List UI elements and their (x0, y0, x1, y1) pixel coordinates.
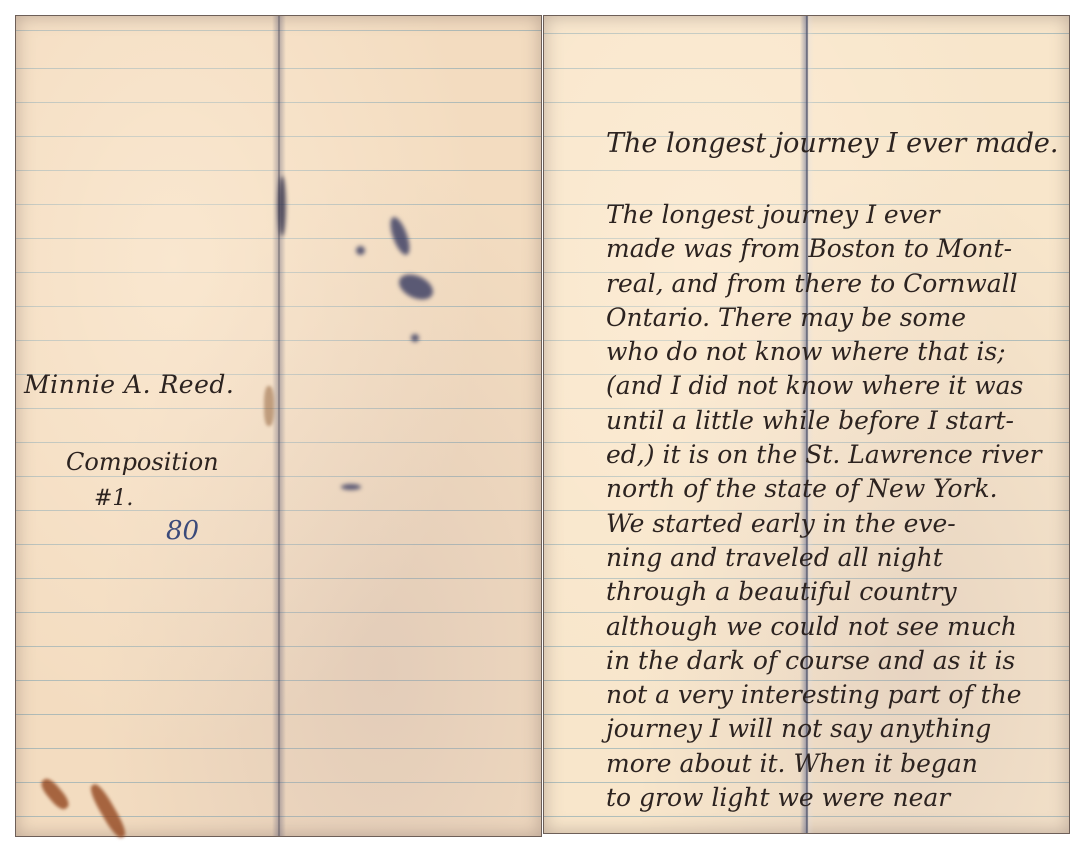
ink-blot (278, 176, 286, 236)
essay-line: journey I will not say anything (606, 712, 1066, 746)
essay-title: The longest journey I ever made. (606, 128, 1058, 159)
essay-line: until a little while before I start- (606, 404, 1066, 438)
essay-line: in the dark of course and as it is (606, 644, 1066, 678)
essay-line: ed,) it is on the St. Lawrence river (606, 438, 1066, 472)
essay-line: who do not know where that is; (606, 335, 1066, 369)
essay-line: north of the state of New York. (606, 472, 1066, 506)
essay-line: not a very interesting part of the (606, 678, 1066, 712)
essay-line: (and I did not know where it was (606, 369, 1066, 403)
composition-number: #1. (94, 486, 133, 511)
ink-blot (387, 215, 414, 257)
ink-blot (356, 246, 365, 255)
author-name: Minnie A. Reed. (24, 370, 234, 399)
grade-mark: 80 (166, 516, 199, 546)
essay-line: real, and from there to Cornwall (606, 267, 1066, 301)
essay-line: We started early in the eve- (606, 507, 1066, 541)
rust-stain (87, 782, 129, 841)
essay-line: The longest journey I ever (606, 198, 1066, 232)
composition-label: Composition (66, 448, 219, 476)
ink-blot (411, 334, 419, 342)
ink-blot (395, 269, 437, 304)
essay-sheet: The longest journey I ever made. The lon… (543, 15, 1070, 834)
rust-stain (264, 386, 274, 426)
essay-line: more about it. When it began (606, 747, 1066, 781)
essay-line: Ontario. There may be some (606, 301, 1066, 335)
paper-fold (272, 16, 286, 836)
essay-line: made was from Boston to Mont- (606, 232, 1066, 266)
essay-line: ning and traveled all night (606, 541, 1066, 575)
essay-line: to grow light we were near (606, 781, 1066, 815)
essay-line: although we could not see much (606, 610, 1066, 644)
essay-line: through a beautiful country (606, 575, 1066, 609)
rust-stain (38, 776, 72, 813)
cover-sheet: Minnie A. Reed. Composition #1. 80 (15, 15, 542, 837)
ink-blot (341, 484, 361, 490)
essay-body: The longest journey I ever made was from… (606, 198, 1066, 815)
